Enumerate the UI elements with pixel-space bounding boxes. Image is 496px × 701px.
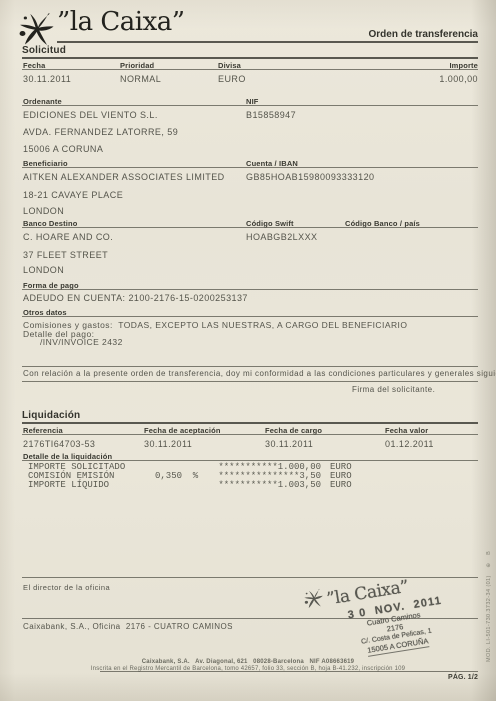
office-date-stamp: ”la Caixa” 3 0 NOV. 2011 Cuatro Caminos … [288, 564, 478, 667]
divider [22, 366, 478, 367]
divider [22, 434, 478, 435]
beneficiario-address1: 18-21 CAVAYE PLACE [23, 190, 123, 200]
liq-row-currency: EURO [330, 480, 352, 490]
legal-line1: Caixabank, S.A. Av. Diagonal, 621 08028-… [0, 659, 496, 665]
divider [22, 69, 478, 70]
section-rule [22, 422, 478, 424]
section-rule [22, 57, 478, 59]
fecha-cargo-value: 30.11.2011 [265, 439, 313, 449]
stamp-star-icon [302, 587, 326, 615]
beneficiario-iban: GB85HOAB15980093333120 [246, 172, 375, 182]
page-number: PÁG. 1/2 [448, 674, 478, 681]
divider [22, 289, 478, 290]
ordenante-address2: 15006 A CORUNA [23, 144, 103, 154]
banco-destino-swift: HOABGB2LXXX [246, 232, 317, 242]
importe-value: 1.000,00 [439, 74, 478, 84]
divider [22, 227, 478, 228]
prioridad-value: NORMAL [120, 74, 161, 84]
divisa-value: EURO [218, 74, 246, 84]
section-title-liquidacion: Liquidación [22, 410, 80, 421]
beneficiario-name: AITKEN ALEXANDER ASSOCIATES LIMITED [23, 172, 225, 182]
banco-destino-address1: 37 FLEET STREET [23, 250, 108, 260]
liq-row-concepto: IMPORTE LÍQUIDO [28, 480, 109, 490]
fecha-valor-value: 01.12.2011 [385, 439, 434, 449]
fecha-aceptacion-value: 30.11.2011 [144, 439, 192, 449]
liq-row-pct: 0,350 % [155, 471, 198, 481]
banco-destino-address2: LONDON [23, 265, 64, 275]
fecha-value: 30.11.2011 [23, 74, 71, 84]
firma-solicitante-label: Firma del solicitante. [352, 385, 435, 394]
banco-destino-name: C. HOARE AND CO. [23, 232, 113, 242]
conformidad-texto: Con relación a la presente orden de tran… [23, 369, 496, 378]
divider [22, 105, 478, 106]
director-oficina-label: El director de la oficina [23, 583, 110, 592]
divider [22, 381, 478, 382]
section-title-solicitud: Solicitud [22, 45, 66, 56]
beneficiario-address2: LONDON [23, 206, 64, 216]
divider [100, 671, 478, 672]
liq-row-amount: ***********1.003,50 [217, 480, 321, 490]
form-model-code: MOD. LI-501-730.3732-34 (01) ⊕ B [486, 551, 492, 662]
lacaixa-star-icon [18, 11, 54, 47]
ordenante-name: EDICIONES DEL VIENTO S.L. [23, 110, 158, 120]
document-title: Orden de transferencia [369, 29, 478, 40]
lacaixa-logo-text: ”la Caixa” [57, 7, 185, 37]
forma-pago-value: ADEUDO EN CUENTA: 2100-2176-15-020025313… [23, 293, 248, 303]
detalle-pago-ref: /INV/INVOICE 2432 [40, 337, 123, 347]
ordenante-address1: AVDA. FERNANDEZ LATORRE, 59 [23, 127, 178, 137]
referencia-value: 2176TI64703-53 [23, 439, 95, 449]
transfer-order-document: ”la Caixa” Orden de transferencia Solici… [0, 0, 496, 701]
ordenante-nif: B15858947 [246, 110, 296, 120]
divider [22, 316, 478, 317]
oficina-line: Caixabank, S.A., Oficina 2176 - CUATRO C… [23, 622, 233, 631]
divider [22, 460, 478, 461]
divider [22, 167, 478, 168]
header-rule [57, 41, 478, 43]
